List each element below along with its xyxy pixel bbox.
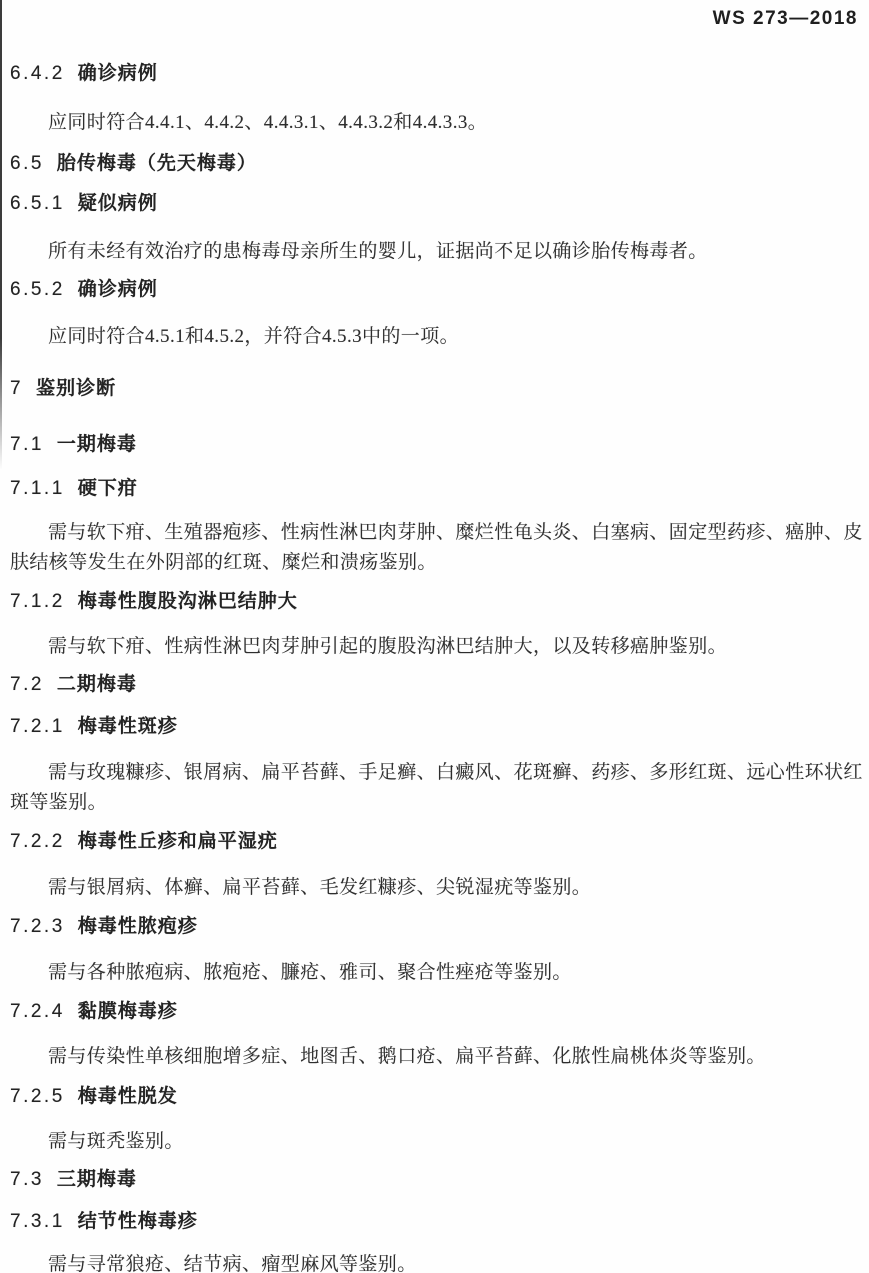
clause-7-2-3-body: 需与各种脓疱病、脓疱疮、臁疮、雅司、聚合性痤疮等鉴别。 (10, 958, 863, 988)
heading-6-5: 6.5胎传梅毒（先天梅毒） (10, 152, 863, 176)
clause-number: 6.4.2 (10, 63, 65, 84)
heading-7-2-5: 7.2.5梅毒性脱发 (10, 1085, 863, 1109)
clause-number: 7.2.2 (10, 831, 65, 852)
clause-title: 结节性梅毒疹 (78, 1211, 198, 1232)
heading-7-2-4: 7.2.4黏膜梅毒疹 (10, 1000, 863, 1024)
chapter-number: 7 (10, 378, 23, 399)
clause-title: 三期梅毒 (57, 1169, 137, 1190)
clause-7-1-1-body: 需与软下疳、生殖器疱疹、性病性淋巴肉芽肿、糜烂性龟头炎、白塞病、固定型药疹、癌肿… (10, 518, 863, 578)
clause-6-5-2-body: 应同时符合4.5.1和4.5.2，并符合4.5.3中的一项。 (10, 322, 863, 352)
heading-7-3-1: 7.3.1结节性梅毒疹 (10, 1210, 863, 1234)
clause-title: 硬下疳 (78, 478, 138, 499)
clause-7-1-2-body: 需与软下疳、性病性淋巴肉芽肿引起的腹股沟淋巴结肿大，以及转移癌肿鉴别。 (10, 632, 863, 662)
clause-number: 7.1.1 (10, 478, 65, 499)
clause-6-4-2-body: 应同时符合4.4.1、4.4.2、4.4.3.1、4.4.3.2和4.4.3.3… (10, 108, 863, 138)
heading-7-3: 7.3三期梅毒 (10, 1168, 863, 1192)
heading-7-1: 7.1一期梅毒 (10, 433, 863, 457)
heading-7-1-2: 7.1.2梅毒性腹股沟淋巴结肿大 (10, 590, 863, 614)
clause-number: 7.2.4 (10, 1001, 65, 1022)
clause-title: 二期梅毒 (57, 674, 137, 695)
clause-number: 7.2.3 (10, 916, 65, 937)
clause-number: 6.5 (10, 153, 44, 174)
clause-title: 胎传梅毒（先天梅毒） (57, 153, 257, 174)
clause-title: 梅毒性脱发 (78, 1086, 178, 1107)
clause-number: 6.5.2 (10, 279, 65, 300)
clause-7-2-4-body: 需与传染性单核细胞增多症、地图舌、鹅口疮、扁平苔藓、化脓性扁桃体炎等鉴别。 (10, 1042, 863, 1072)
clause-number: 6.5.1 (10, 193, 65, 214)
clause-7-3-1-body: 需与寻常狼疮、结节病、瘤型麻风等鉴别。 (10, 1250, 863, 1273)
clause-7-2-5-body: 需与斑秃鉴别。 (10, 1127, 863, 1157)
heading-6-4-2: 6.4.2确诊病例 (10, 62, 863, 86)
clause-7-2-1-body: 需与玫瑰糠疹、银屑病、扁平苔藓、手足癣、白癜风、花斑癣、药疹、多形红斑、远心性环… (10, 758, 863, 818)
clause-number: 7.1 (10, 434, 44, 455)
document-page: WS 273—2018 6.4.2确诊病例 应同时符合4.4.1、4.4.2、4… (0, 0, 869, 1273)
heading-6-5-1: 6.5.1疑似病例 (10, 192, 863, 216)
heading-7: 7鉴别诊断 (10, 377, 863, 401)
clause-title: 梅毒性腹股沟淋巴结肿大 (78, 591, 298, 612)
clause-number: 7.2 (10, 674, 44, 695)
clause-number: 7.3 (10, 1169, 44, 1190)
clause-6-5-1-body: 所有未经有效治疗的患梅毒母亲所生的婴儿，证据尚不足以确诊胎传梅毒者。 (10, 237, 863, 267)
clause-title: 疑似病例 (78, 193, 158, 214)
clause-7-2-2-body: 需与银屑病、体癣、扁平苔藓、毛发红糠疹、尖锐湿疣等鉴别。 (10, 873, 863, 903)
heading-7-2-2: 7.2.2梅毒性丘疹和扁平湿疣 (10, 830, 863, 854)
clause-title: 梅毒性丘疹和扁平湿疣 (78, 831, 278, 852)
heading-6-5-2: 6.5.2确诊病例 (10, 278, 863, 302)
heading-7-2-3: 7.2.3梅毒性脓疱疹 (10, 915, 863, 939)
clause-number: 7.1.2 (10, 591, 65, 612)
clause-number: 7.3.1 (10, 1211, 65, 1232)
clause-title: 确诊病例 (78, 279, 158, 300)
heading-7-2: 7.2二期梅毒 (10, 673, 863, 697)
scan-edge-artifact (0, 0, 2, 470)
clause-title: 梅毒性斑疹 (78, 716, 178, 737)
clause-title: 确诊病例 (78, 63, 158, 84)
clause-number: 7.2.1 (10, 716, 65, 737)
clause-number: 7.2.5 (10, 1086, 65, 1107)
heading-7-1-1: 7.1.1硬下疳 (10, 477, 863, 501)
clause-title: 一期梅毒 (57, 434, 137, 455)
document-code: WS 273—2018 (10, 8, 863, 32)
chapter-title: 鉴别诊断 (36, 378, 116, 399)
heading-7-2-1: 7.2.1梅毒性斑疹 (10, 715, 863, 739)
clause-title: 黏膜梅毒疹 (78, 1001, 178, 1022)
clause-title: 梅毒性脓疱疹 (78, 916, 198, 937)
